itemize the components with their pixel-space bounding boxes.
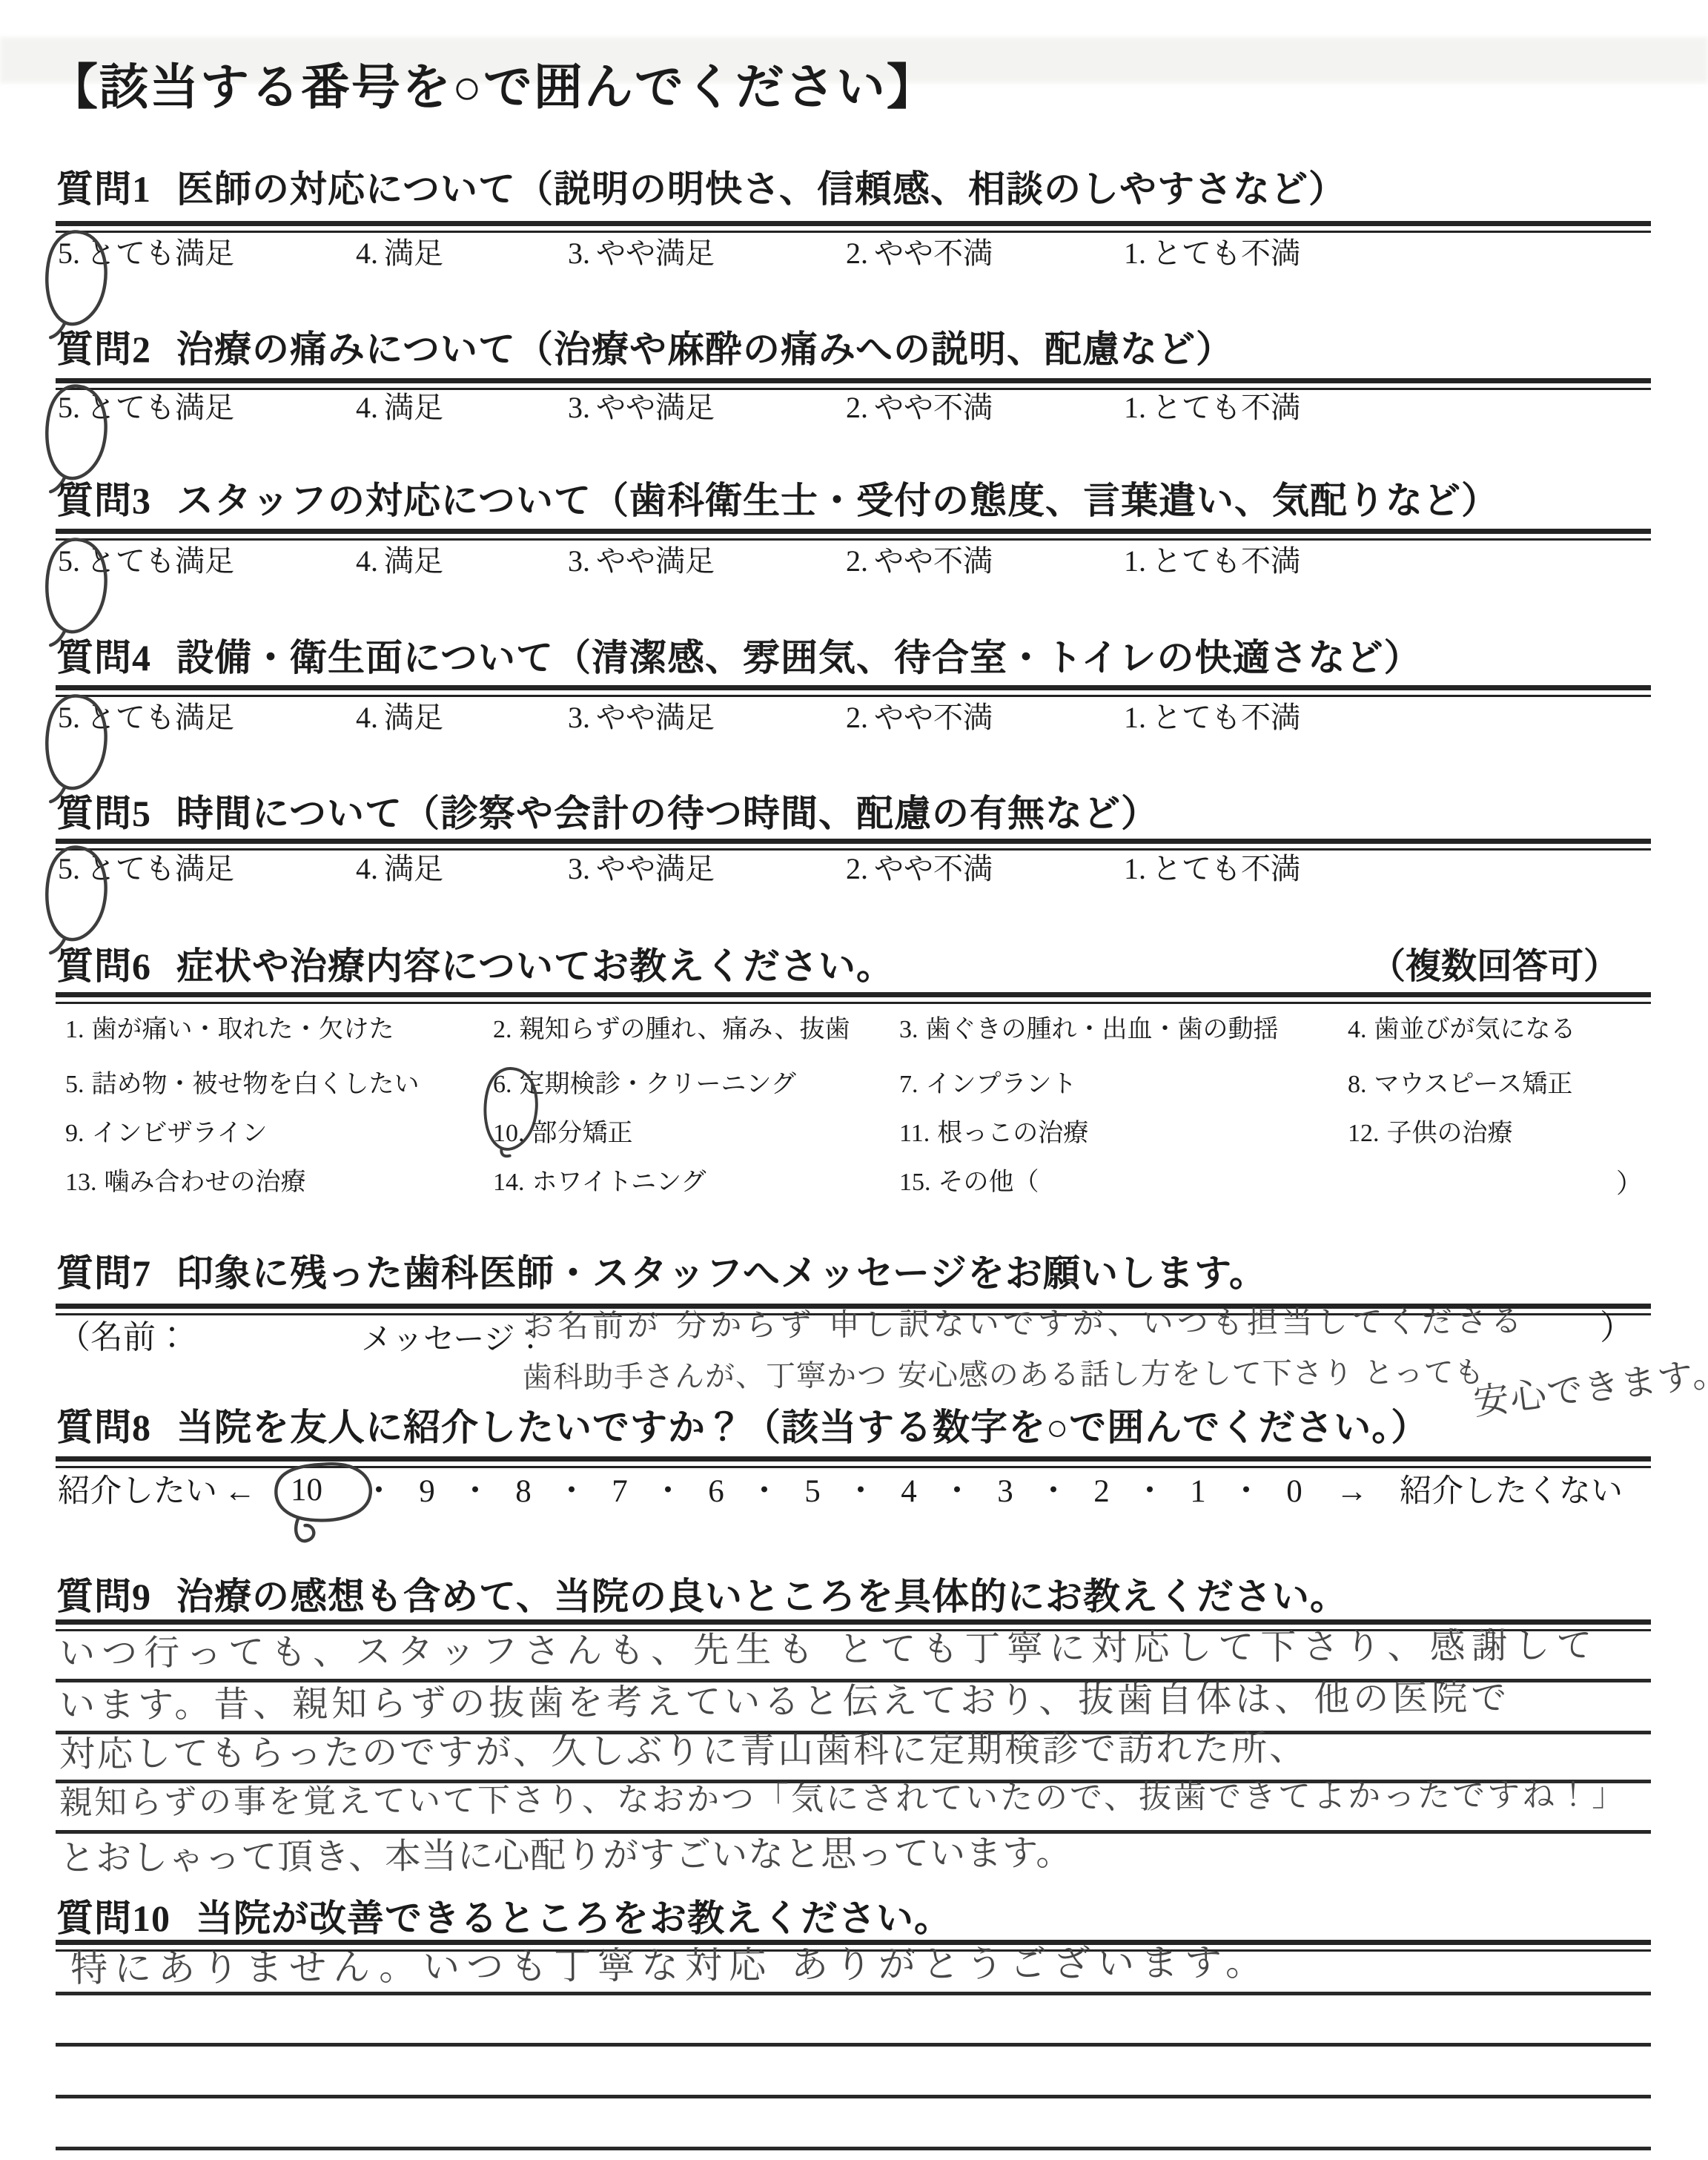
rating-option-5: 5.とても満足 — [58, 854, 234, 884]
scale-separator: ・ — [732, 1476, 796, 1507]
rating-option-3: 3.やや満足 — [568, 854, 715, 884]
selected-answer: 5. — [58, 393, 86, 423]
question-1-number: 質問1 — [56, 168, 151, 210]
symptom-item-13: 13.噛み合わせの治療 — [65, 1170, 306, 1195]
header-rule — [56, 221, 1651, 233]
question-6-row-1: 1.歯が痛い・取れた・欠けた 2.親知らずの腫れ、痛み、抜歯 3.歯ぐきの腫れ・… — [0, 1017, 1708, 1071]
question-3-number: 質問3 — [56, 480, 151, 521]
header-rule — [56, 1456, 1651, 1468]
question-1-header: 質問1医師の対応について（説明の明快さ、信頼感、相談のしやすさなど） — [56, 171, 1346, 208]
symptom-item-5: 5.詰め物・被せ物を白くしたい — [65, 1072, 420, 1097]
header-rule — [56, 378, 1651, 390]
rating-option-5: 5.とても満足 — [58, 703, 234, 733]
selected-answer: 5. — [58, 239, 86, 268]
rating-option-4: 4.満足 — [356, 546, 443, 576]
rating-option-1: 1.とても不満 — [1124, 239, 1300, 268]
question-6-number: 質問6 — [56, 945, 151, 987]
handwritten-answer-line-5: とおしゃって頂き、本当に心配りがすごいなと思っています。 — [59, 1835, 1072, 1876]
scale-separator: ・ — [347, 1476, 411, 1507]
right-arrow-icon: → — [1336, 1476, 1368, 1507]
nps-right-label: 紹介したくない — [1400, 1476, 1623, 1507]
question-4-title: 設備・衛生面について（清潔感、雰囲気、待合室・トイレの快適さなど） — [176, 637, 1422, 678]
symptom-item-3: 3.歯ぐきの腫れ・出血・歯の動揺 — [899, 1017, 1279, 1043]
question-6-header: 質問6症状や治療内容についてお教えください。 — [56, 948, 894, 985]
rating-option-2: 2.やや不満 — [846, 239, 993, 268]
question-7-header: 質問7印象に残った歯科医師・スタッフへメッセージをお願いします。 — [56, 1255, 1267, 1292]
rating-option-1: 1.とても不満 — [1124, 854, 1300, 884]
question-6-row-2: 5.詰め物・被せ物を白くしたい 6.定期検診・クリーニング 7.インプラント 8… — [0, 1072, 1708, 1126]
handwritten-message-line-2: 歯科助手さんが、丁寧かつ 安心感のある話し方をして下さり とっても — [523, 1358, 1485, 1393]
answer-ruled-line — [56, 2043, 1651, 2047]
name-field-label: （名前： — [58, 1321, 188, 1354]
question-7-number: 質問7 — [56, 1252, 151, 1294]
selected-answer: 10 — [291, 1474, 322, 1506]
rating-option-3: 3.やや満足 — [568, 239, 715, 268]
rating-option-4: 4.満足 — [356, 239, 443, 268]
header-rule — [56, 685, 1651, 697]
scale-separator: ・ — [636, 1476, 700, 1507]
question-6-row-3: 9.インビザライン 10.部分矯正 11.根っこの治療 12.子供の治療 — [0, 1121, 1708, 1175]
question-3-title: スタッフの対応について（歯科衛生士・受付の態度、言葉遣い、気配りなど） — [176, 480, 1499, 521]
rating-option-3: 3.やや満足 — [568, 393, 715, 423]
question-3-options: 5.とても満足 4.満足 3.やや満足 2.やや不満 1.とても不満 — [0, 546, 1708, 615]
symptom-item-14: 14.ホワイトニング — [493, 1170, 706, 1195]
nps-score-0: 0 — [1278, 1476, 1311, 1507]
symptom-item-6-selected: 6.定期検診・クリーニング — [493, 1072, 796, 1097]
question-6-row-4: 13.噛み合わせの治療 14.ホワイトニング 15.その他（ — [0, 1170, 1708, 1223]
selected-answer: 5. — [58, 854, 86, 884]
question-8-title: 当院を友人に紹介したいですか？（該当する数字を○で囲んでください。） — [176, 1407, 1429, 1448]
header-rule — [56, 529, 1651, 541]
question-5-number: 質問5 — [56, 793, 151, 834]
rating-option-3: 3.やや満足 — [568, 546, 715, 576]
nps-score-4: 4 — [893, 1476, 925, 1507]
question-5-title: 時間について（診察や会計の待つ時間、配慮の有無など） — [176, 793, 1159, 834]
scale-separator: ・ — [829, 1476, 893, 1507]
nps-score-9: 9 — [411, 1476, 443, 1507]
rating-option-1: 1.とても不満 — [1124, 703, 1300, 733]
nps-score-7: 7 — [603, 1476, 636, 1507]
symptom-item-15-other: 15.その他（ — [899, 1170, 1039, 1195]
symptom-item-10: 10.部分矯正 — [493, 1121, 633, 1146]
rating-option-4: 4.満足 — [356, 703, 443, 733]
handwritten-answer: 特にありません。いつも丁寧な対応 ありがとうございます。 — [70, 1944, 1269, 1987]
symptom-item-9: 9.インビザライン — [65, 1121, 267, 1146]
question-9-title: 治療の感想も含めて、当院の良いところを具体的にお教えください。 — [176, 1576, 1348, 1617]
scale-separator: ・ — [1214, 1476, 1278, 1507]
handwritten-message-line-3: 安心できます。 — [1472, 1354, 1708, 1421]
handwritten-answer-line-1: いつ行っても、スタッフさんも、先生も とても丁寧に対応して下さり、感謝して — [59, 1628, 1598, 1671]
handwritten-message-line-1: お名前が 分からず 申し訳ないですが、いつも担当してくださる — [523, 1306, 1526, 1342]
question-9-number: 質問9 — [56, 1576, 151, 1617]
nps-score-1: 1 — [1182, 1476, 1214, 1507]
question-9-header: 質問9治療の感想も含めて、当院の良いところを具体的にお教えください。 — [56, 1578, 1348, 1615]
nps-left-label: 紹介したい — [58, 1476, 217, 1507]
answer-ruled-line — [56, 1992, 1651, 1995]
other-close-paren: ） — [1616, 1170, 1643, 1197]
nps-score-5: 5 — [796, 1476, 829, 1507]
nps-score-10-selected: 10 — [291, 1474, 322, 1506]
rating-option-2: 2.やや不満 — [846, 854, 993, 884]
handwritten-answer-line-2: います。昔、親知らずの抜歯を考えていると伝えており、抜歯自体は、他の医院で — [59, 1680, 1510, 1723]
question-2-title: 治療の痛みについて（治療や麻酔の痛みへの説明、配慮など） — [176, 328, 1234, 370]
question-8-header: 質問8当院を友人に紹介したいですか？（該当する数字を○で囲んでください。） — [56, 1409, 1429, 1446]
rating-option-4: 4.満足 — [356, 854, 443, 884]
handwritten-answer-line-4: 親知らずの事を覚えていて下さり、なおかつ「気にされていたので、抜歯できてよかった… — [59, 1779, 1626, 1820]
rating-option-5: 5.とても満足 — [58, 393, 234, 423]
symptom-item-4: 4.歯並びが気になる — [1348, 1017, 1576, 1043]
scale-separator: ・ — [443, 1476, 507, 1507]
symptom-item-12: 12.子供の治療 — [1348, 1121, 1513, 1146]
handwritten-answer-line-3: 対応してもらったのですが、久しぶりに青山歯科に定期検診で訪れた所、 — [59, 1730, 1307, 1772]
question-1-title: 医師の対応について（説明の明快さ、信頼感、相談のしやすさなど） — [176, 168, 1346, 210]
selected-answer: 5. — [58, 703, 86, 733]
question-2-options: 5.とても満足 4.満足 3.やや満足 2.やや不満 1.とても不満 — [0, 393, 1708, 461]
question-2-header: 質問2治療の痛みについて（治療や麻酔の痛みへの説明、配慮など） — [56, 331, 1234, 368]
question-5-options: 5.とても満足 4.満足 3.やや満足 2.やや不満 1.とても不満 — [0, 854, 1708, 922]
form-title: 【該当する番号を○で囲んでください】 — [49, 64, 937, 113]
nps-score-6: 6 — [700, 1476, 732, 1507]
header-rule — [56, 992, 1651, 1004]
symptom-item-2: 2.親知らずの腫れ、痛み、抜歯 — [493, 1017, 850, 1043]
rating-option-2: 2.やや不満 — [846, 703, 993, 733]
rating-option-5: 5.とても満足 — [58, 546, 234, 576]
question-10-header: 質問10当院が改善できるところをお教えください。 — [56, 1900, 952, 1937]
symptom-item-7: 7.インプラント — [899, 1072, 1077, 1097]
rating-option-1: 1.とても不満 — [1124, 393, 1300, 423]
nps-score-8: 8 — [507, 1476, 540, 1507]
rating-option-5: 5.とても満足 — [58, 239, 234, 268]
nps-scale-numbers: ・9 ・8 ・7 ・6 ・5 ・4 ・3 ・2 ・1 ・0 — [347, 1476, 1311, 1507]
question-6-title: 症状や治療内容についてお教えください。 — [176, 945, 894, 987]
question-4-number: 質問4 — [56, 637, 151, 678]
rating-option-2: 2.やや不満 — [846, 393, 993, 423]
question-5-header: 質問5時間について（診察や会計の待つ時間、配慮の有無など） — [56, 795, 1159, 832]
symptom-item-11: 11.根っこの治療 — [899, 1121, 1088, 1146]
question-2-number: 質問2 — [56, 328, 151, 370]
rating-option-4: 4.満足 — [356, 393, 443, 423]
nps-score-3: 3 — [989, 1476, 1022, 1507]
header-rule — [56, 839, 1651, 851]
scale-separator: ・ — [1118, 1476, 1182, 1507]
question-10-title: 当院が改善できるところをお教えください。 — [196, 1898, 952, 1939]
symptom-item-8: 8.マウスピース矯正 — [1348, 1072, 1572, 1097]
question-1-options: 5.とても満足 4.満足 3.やや満足 2.やや不満 1.とても不満 — [0, 239, 1708, 307]
rating-option-1: 1.とても不満 — [1124, 546, 1300, 576]
nps-score-2: 2 — [1085, 1476, 1118, 1507]
multiple-answers-note: （複数回答可） — [1370, 949, 1619, 985]
symptom-item-1: 1.歯が痛い・取れた・欠けた — [65, 1017, 394, 1043]
scale-separator: ・ — [540, 1476, 603, 1507]
question-4-options: 5.とても満足 4.満足 3.やや満足 2.やや不満 1.とても不満 — [0, 703, 1708, 771]
rating-option-2: 2.やや不満 — [846, 546, 993, 576]
question-10-number: 質問10 — [56, 1898, 171, 1939]
question-4-header: 質問4設備・衛生面について（清潔感、雰囲気、待合室・トイレの快適さなど） — [56, 639, 1422, 676]
survey-scan-page: 【該当する番号を○で囲んでください】 質問1医師の対応について（説明の明快さ、信… — [0, 0, 1708, 2160]
question-7-title: 印象に残った歯科医師・スタッフへメッセージをお願いします。 — [176, 1252, 1267, 1294]
selected-answer: 6. — [493, 1072, 520, 1097]
selected-answer: 5. — [58, 546, 86, 576]
question-3-header: 質問3スタッフの対応について（歯科衛生士・受付の態度、言葉遣い、気配りなど） — [56, 482, 1499, 519]
answer-ruled-line — [56, 2095, 1651, 2098]
scale-separator: ・ — [1022, 1476, 1085, 1507]
message-close-paren: ） — [1600, 1311, 1634, 1345]
scale-separator: ・ — [925, 1476, 989, 1507]
answer-ruled-line — [56, 2147, 1651, 2150]
message-field-label: メッセージ： — [361, 1324, 546, 1355]
rating-option-3: 3.やや満足 — [568, 703, 715, 733]
question-8-number: 質問8 — [56, 1407, 151, 1448]
left-arrow-icon: ← — [224, 1476, 256, 1507]
